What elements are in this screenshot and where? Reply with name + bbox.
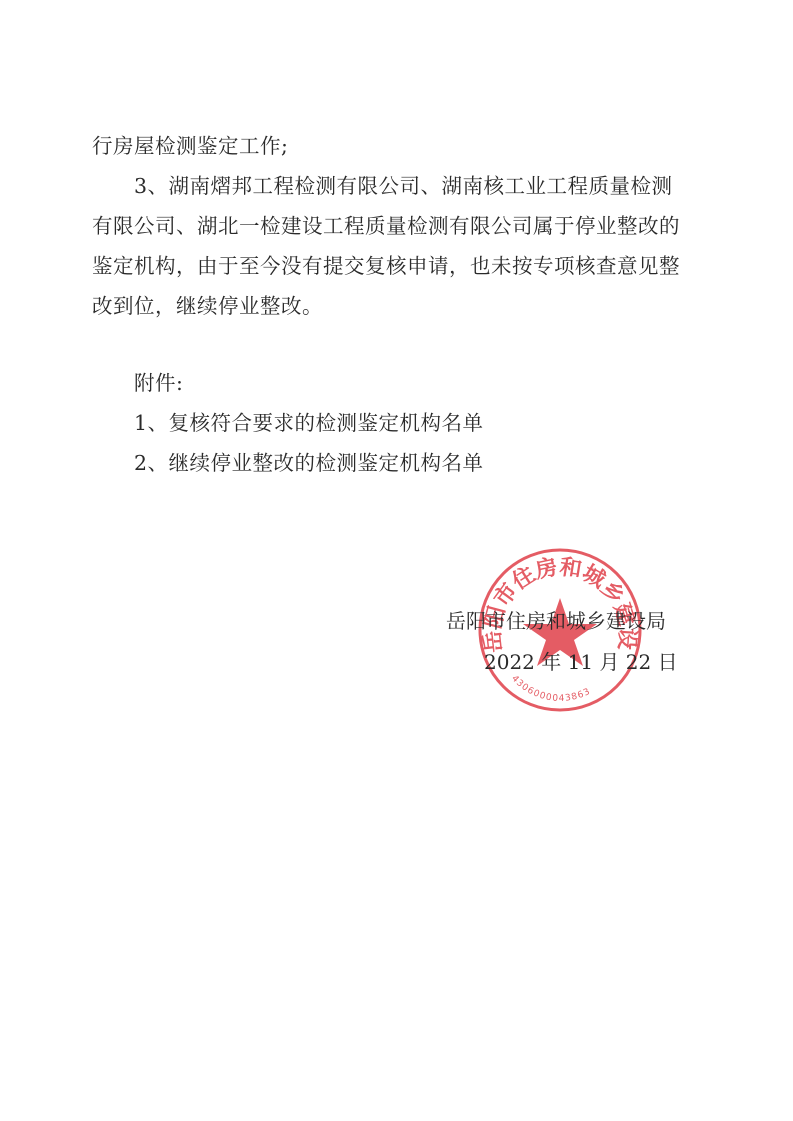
attachment-item-2: 2、继续停业整改的检测鉴定机构名单: [134, 451, 484, 475]
attachment-item-1: 1、复核符合要求的检测鉴定机构名单: [134, 411, 484, 435]
paragraph-line-1: 行房屋检测鉴定工作;: [92, 134, 288, 158]
signature-organization: 岳阳市住房和城乡建设局: [446, 609, 666, 633]
paragraph-line-3: 有限公司、湖北一检建设工程质量检测有限公司属于停业整改的: [92, 214, 680, 238]
signature-date: 2022 年 11 月 22 日: [484, 650, 678, 674]
paragraph-line-2: 3、湖南熠邦工程检测有限公司、湖南核工业工程质量检测: [134, 174, 673, 198]
paragraph-line-4: 鉴定机构，由于至今没有提交复核申请，也未按专项核查意见整: [92, 254, 680, 278]
attachments-label: 附件:: [134, 371, 183, 395]
paragraph-line-5: 改到位，继续停业整改。: [92, 294, 323, 318]
